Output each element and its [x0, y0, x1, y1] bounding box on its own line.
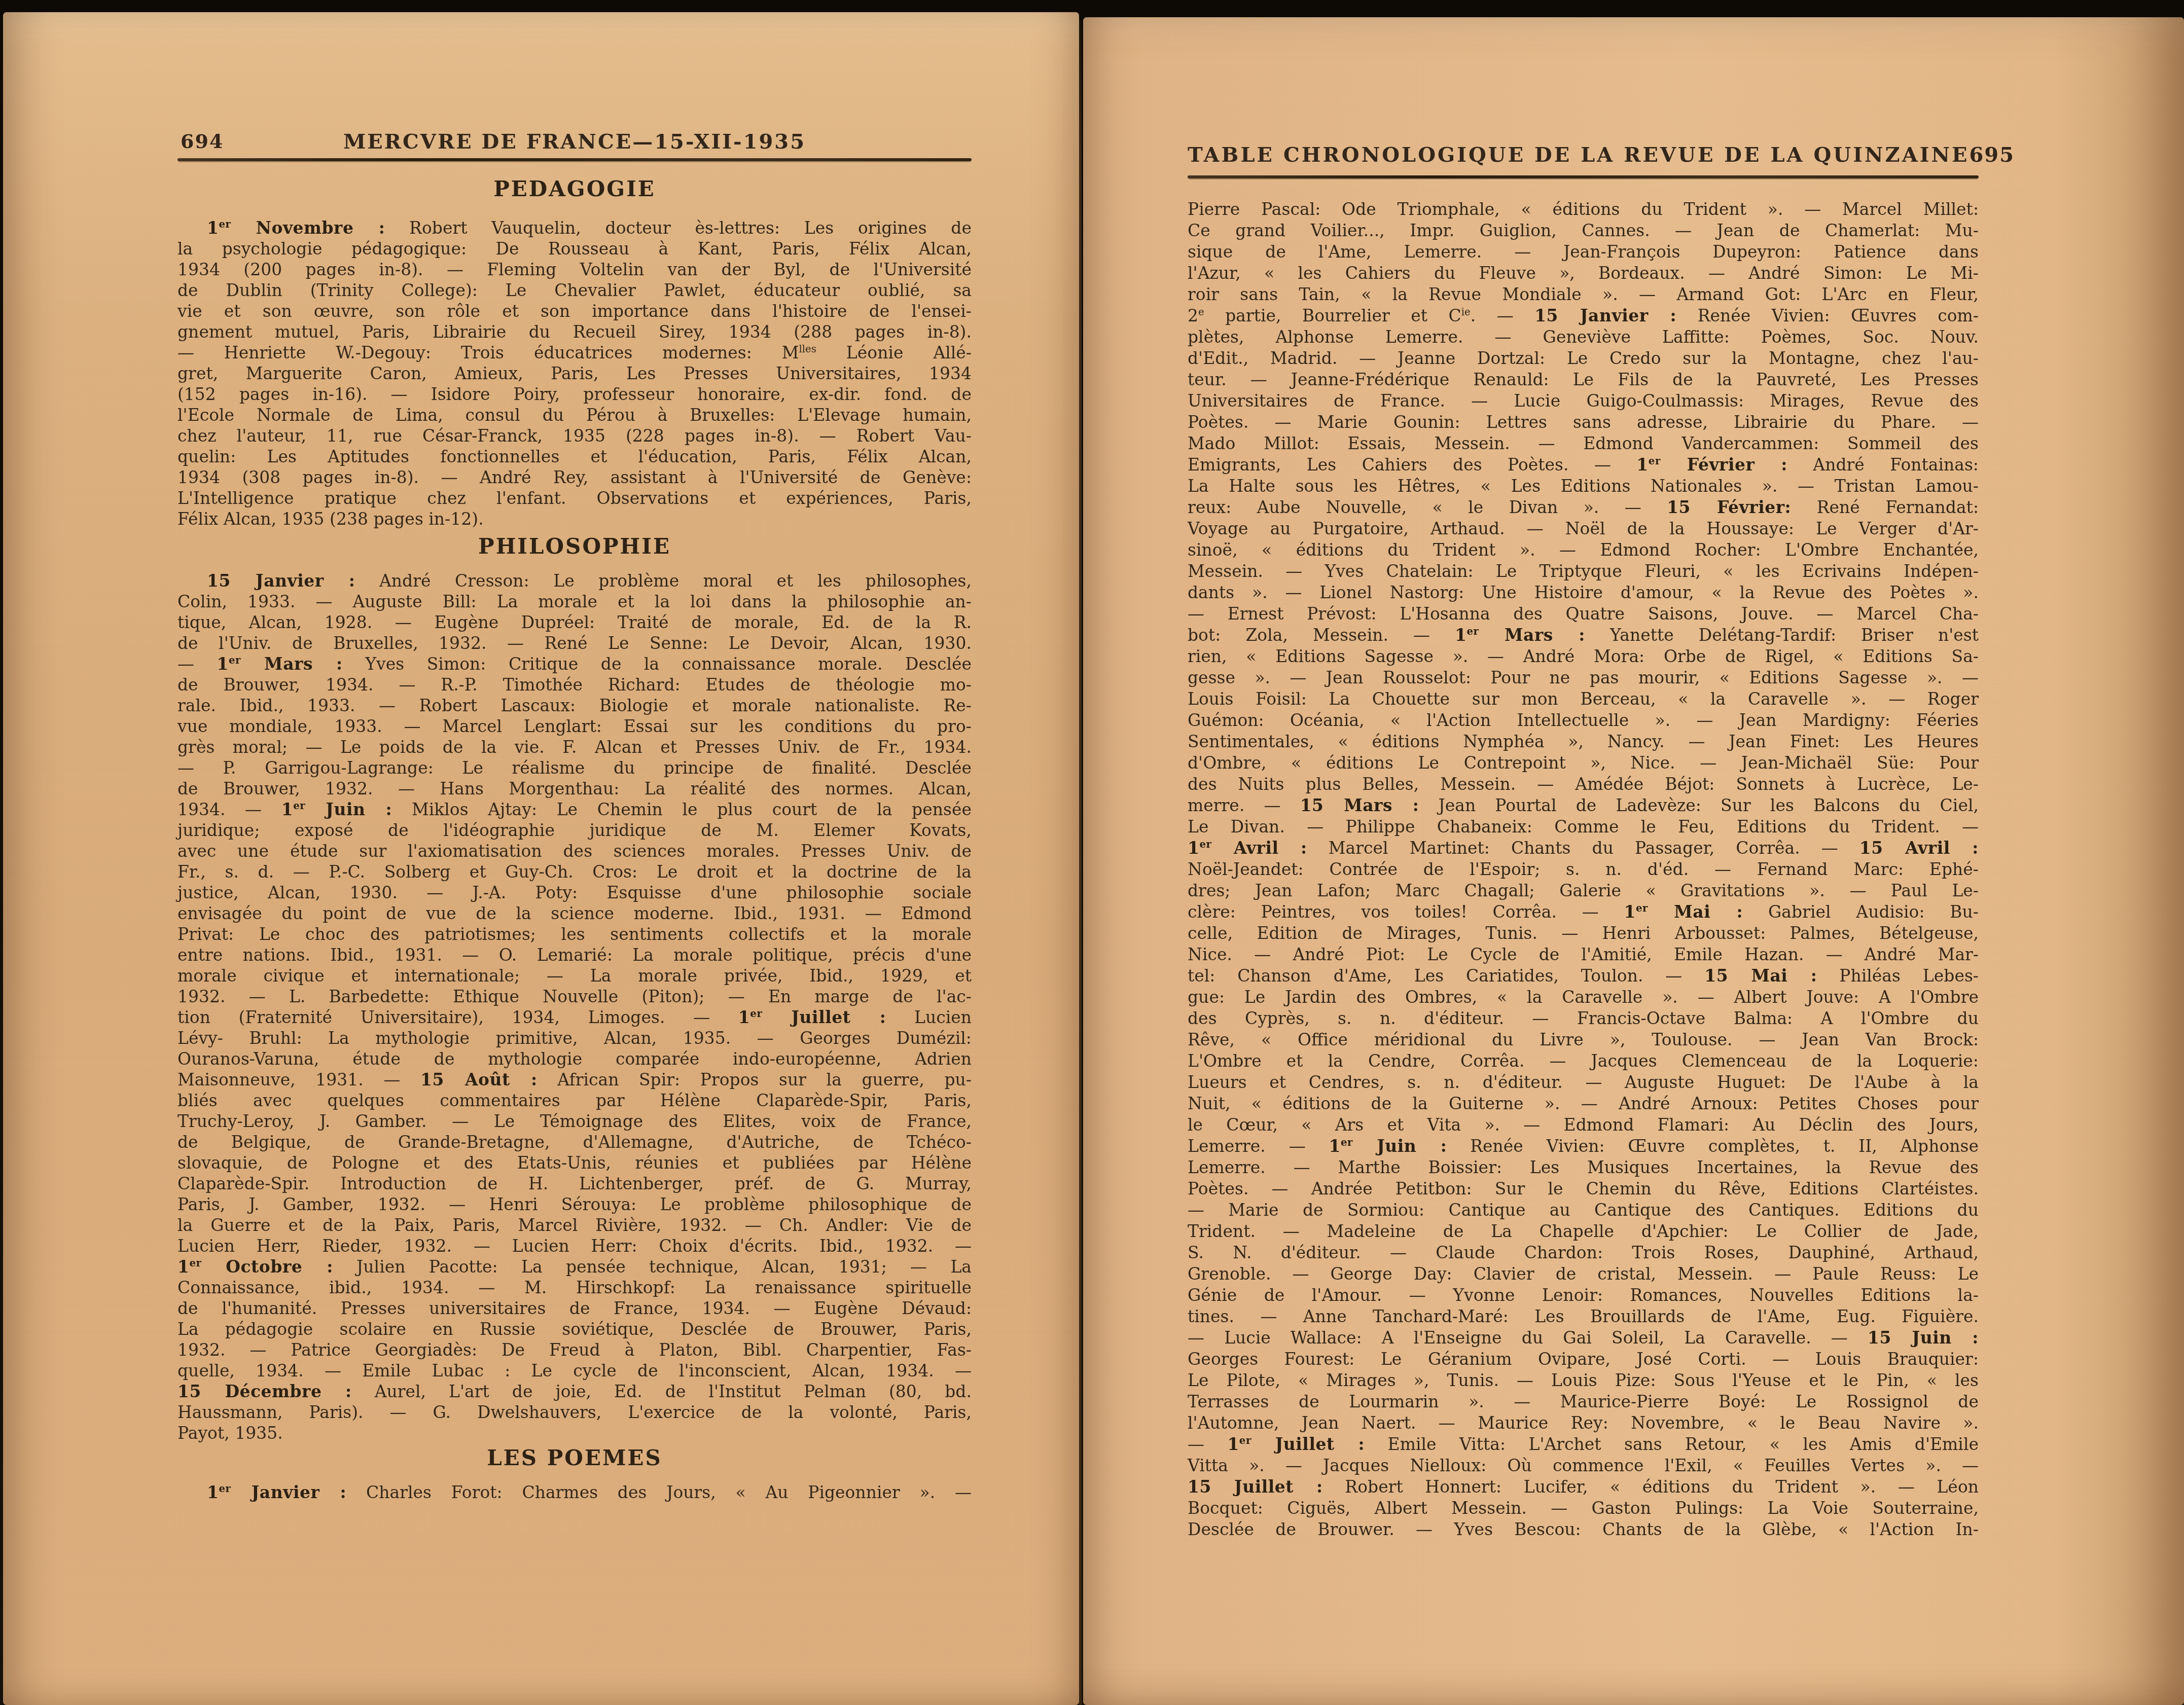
text-line: La Halte sous les Hêtres, « Les Editions… [1188, 476, 1979, 497]
text-line: (152 pages in-16). — Isidore Poiry, prof… [177, 384, 972, 405]
text-line: Lévy- Bruhl: La mythologie primitive, Al… [177, 1028, 972, 1048]
text-line: vie et son œuvre, son rôle et son import… [177, 301, 972, 321]
text-line: 1er Janvier : Charles Forot: Charmes des… [177, 1482, 972, 1503]
text-line: L'Ombre et la Cendre, Corrêa. — Jacques … [1188, 1050, 1979, 1072]
text-line: le Cœur, « Ars et Vita ». — Edmond Flama… [1188, 1114, 1979, 1136]
text-line: tel: Chanson d'Ame, Les Cariatides, Toul… [1188, 965, 1979, 987]
text-line: rien, « Editions Sagesse ». — André Mora… [1188, 646, 1979, 667]
text-line: roir sans Tain, « la Revue Mondiale ». —… [1188, 284, 1979, 305]
text-line: des Cyprès, s. n. d'éditeur. — Francis-O… [1188, 1008, 1979, 1029]
text-line: La pédagogie scolaire en Russie soviétiq… [177, 1319, 972, 1339]
paragraph-table-chronologique: Pierre Pascal: Ode Triomphale, « édition… [1188, 199, 1979, 1540]
text-line: 1932. — Patrice Georgiadès: De Freud à P… [177, 1339, 972, 1360]
section-heading-philosophie: PHILOSOPHIE [177, 534, 972, 559]
text-line: Lucien Herr, Rieder, 1932. — Lucien Herr… [177, 1236, 972, 1256]
text-line: Voyage au Purgatoire, Arthaud. — Noël de… [1188, 518, 1979, 539]
text-line: Génie de l'Amour. — Yvonne Lenoir: Roman… [1188, 1285, 1979, 1306]
text-line: Lemerre. — Marthe Boissier: Les Musiques… [1188, 1157, 1979, 1178]
text-line: — 1er Mars : Yves Simon: Critique de la … [177, 654, 972, 674]
text-line: Colin, 1933. — Auguste Bill: La morale e… [177, 591, 972, 612]
text-line: Universitaires de France. — Lucie Guigo-… [1188, 390, 1979, 412]
text-line: Paris, J. Gamber, 1932. — Henri Sérouya:… [177, 1194, 972, 1215]
text-line: entre nations. Ibid., 1931. — O. Lemarié… [177, 945, 972, 965]
book-scan: 694 MERCVRE DE FRANCE—15-XII-1935 PEDAGO… [0, 0, 2184, 1705]
text-line: Emigrants, Les Cahiers des Poètes. — 1er… [1188, 454, 1979, 476]
text-line: l'Azur, « les Cahiers du Fleuve », Borde… [1188, 263, 1979, 284]
text-line: tion (Fraternité Universitaire), 1934, L… [177, 1007, 972, 1028]
text-line: 15 Juillet : Robert Honnert: Lucifer, « … [1188, 1476, 1979, 1498]
text-line: Ouranos-Varuna, étude de mythologie comp… [177, 1048, 972, 1069]
section-heading-pedagogie: PEDAGOGIE [177, 176, 972, 201]
text-line: 1er Avril : Marcel Martinet: Chants du P… [1188, 838, 1979, 859]
text-line: rale. Ibid., 1933. — Robert Lascaux: Bio… [177, 695, 972, 716]
text-line: sinoë, « éditions du Trident ». — Edmond… [1188, 539, 1979, 561]
text-line: reux: Aube Nouvelle, « le Divan ». — 15 … [1188, 497, 1979, 518]
text-line: Poètes. — Andrée Petitbon: Sur le Chemin… [1188, 1178, 1979, 1200]
text-line: Rêve, « Office méridional du Livre », To… [1188, 1029, 1979, 1050]
book-gutter [1079, 20, 1082, 1705]
left-page-header: 694 MERCVRE DE FRANCE—15-XII-1935 [177, 130, 972, 153]
text-line: Poètes. — Marie Gounin: Lettres sans adr… [1188, 412, 1979, 433]
text-line: Sentimentales, « éditions Nymphéa », Nan… [1188, 731, 1979, 752]
text-line: Le Divan. — Philippe Chabaneix: Comme le… [1188, 816, 1979, 838]
text-line: L'Intelligence pratique chez l'enfant. O… [177, 488, 972, 509]
text-line: grès moral; — Le poids de la vie. F. Alc… [177, 737, 972, 757]
text-line: Grenoble. — George Day: Clavier de crist… [1188, 1263, 1979, 1285]
text-line: de Belgique, de Grande-Bretagne, d'Allem… [177, 1132, 972, 1152]
text-line: Félix Alcan, 1935 (238 pages in-12). [177, 509, 972, 529]
text-line: l'Automne, Jean Naert. — Maurice Rey: No… [1188, 1412, 1979, 1434]
text-line: 1934. — 1er Juin : Miklos Ajtay: Le Chem… [177, 799, 972, 820]
text-line: de Brouwer, 1934. — R.-P. Timothée Richa… [177, 674, 972, 695]
text-line: quelle, 1934. — Emile Lubac : Le cycle d… [177, 1360, 972, 1381]
text-line: 1er Octobre : Julien Pacotte: La pensée … [177, 1256, 972, 1277]
text-line: quelin: Les Aptitudes fonctionnelles et … [177, 446, 972, 467]
text-line: Haussmann, Paris). — G. Dwelshauvers, L'… [177, 1402, 972, 1423]
text-line: Fr., s. d. — P.-C. Solberg et Guy-Ch. Cr… [177, 861, 972, 882]
text-line: Messein. — Yves Chatelain: Le Triptyque … [1188, 561, 1979, 582]
text-line: clère: Peintres, vos toiles! Corrêa. — 1… [1188, 901, 1979, 923]
text-line: dres; Jean Lafon; Marc Chagall; Galerie … [1188, 880, 1979, 901]
text-line: Maisonneuve, 1931. — 15 Août : African S… [177, 1069, 972, 1090]
text-line: 1934 (200 pages in-8). — Fleming Volteli… [177, 259, 972, 280]
text-line: envisagée du point de vue de la science … [177, 903, 972, 924]
text-line: — P. Garrigou-Lagrange: Le réalisme du p… [177, 757, 972, 778]
text-line: Ce grand Voilier..., Impr. Guiglion, Can… [1188, 220, 1979, 241]
text-line: S. N. d'éditeur. — Claude Chardon: Trois… [1188, 1242, 1979, 1263]
text-line: bot: Zola, Messein. — 1er Mars : Yanette… [1188, 625, 1979, 646]
text-line: Payot, 1935. [177, 1423, 972, 1443]
text-line: de l'humanité. Presses universitaires de… [177, 1298, 972, 1319]
text-line: Desclée de Brouwer. — Yves Bescou: Chant… [1188, 1519, 1979, 1540]
header-rule-left [177, 158, 972, 161]
text-line: tique, Alcan, 1928. — Eugène Dupréel: Tr… [177, 612, 972, 633]
text-line: Bocquet: Ciguës, Albert Messein. — Gasto… [1188, 1498, 1979, 1519]
text-line: 1932. — L. Barbedette: Ethique Nouvelle … [177, 986, 972, 1007]
text-line: 15 Janvier : André Cresson: Le problème … [177, 570, 972, 591]
right-page-header: TABLE CHRONOLOGIQUE DE LA REVUE DE LA QU… [1188, 143, 1979, 166]
text-line: tines. — Anne Tanchard-Maré: Les Brouill… [1188, 1306, 1979, 1327]
text-line: teur. — Jeanne-Frédérique Renauld: Le Fi… [1188, 369, 1979, 390]
page-number-right: 695 [1970, 143, 2015, 167]
text-line: gesse ». — Jean Rousselot: Pour ne pas m… [1188, 667, 1979, 688]
text-line: la psychologie pédagogique: De Rousseau … [177, 238, 972, 259]
paragraph-philosophie: 15 Janvier : André Cresson: Le problème … [177, 570, 972, 1443]
text-line: juridique; exposé de l'idéographie jurid… [177, 820, 972, 841]
text-line: Louis Foisil: La Chouette sur mon Bercea… [1188, 688, 1979, 710]
text-line: Lueurs et Cendres, s. n. d'éditeur. — Au… [1188, 1072, 1979, 1093]
text-line: Mado Millot: Essais, Messein. — Edmond V… [1188, 433, 1979, 454]
text-line: de Dublin (Trinity College): Le Chevalie… [177, 280, 972, 301]
text-line: dants ». — Lionel Nastorg: Une Histoire … [1188, 582, 1979, 603]
text-line: justice, Alcan, 1930. — J.-A. Poty: Esqu… [177, 882, 972, 903]
text-line: Terrasses de Lourmarin ». — Maurice-Pier… [1188, 1391, 1979, 1412]
text-line: bliés avec quelques commentaires par Hél… [177, 1090, 972, 1111]
text-line: chez l'auteur, 11, rue César-Franck, 193… [177, 425, 972, 446]
text-line: Claparède-Spir. Introduction de H. Licht… [177, 1173, 972, 1194]
text-line: Nice. — André Piot: Le Cycle de l'Amitié… [1188, 944, 1979, 965]
paragraph-les-poemes: 1er Janvier : Charles Forot: Charmes des… [177, 1482, 972, 1503]
text-line: Privat: Le choc des patriotismes; les se… [177, 924, 972, 945]
text-line: gue: Le Jardin des Ombres, « la Caravell… [1188, 987, 1979, 1008]
text-line: Georges Fourest: Le Géranium Ovipare, Jo… [1188, 1349, 1979, 1370]
paragraph-pedagogie: 1er Novembre : Robert Vauquelin, docteur… [177, 217, 972, 529]
text-line: Connaissance, ibid., 1934. — M. Hirschko… [177, 1277, 972, 1298]
text-line: Truchy-Leroy, J. Gamber. — Le Témoignage… [177, 1111, 972, 1132]
text-line: — Henriette W.-Degouy: Trois éducatrices… [177, 342, 972, 363]
text-line: — 1er Juillet : Emile Vitta: L'Archet sa… [1188, 1434, 1979, 1455]
text-line: plètes, Alphonse Lemerre. — Geneviève La… [1188, 327, 1979, 348]
text-line: 2e partie, Bourrelier et Cie. — 15 Janvi… [1188, 305, 1979, 327]
text-line: Pierre Pascal: Ode Triomphale, « édition… [1188, 199, 1979, 220]
text-line: merre. — 15 Mars : Jean Pourtal de Ladev… [1188, 795, 1979, 816]
text-line: 1934 (308 pages in-8). — André Rey, assi… [177, 467, 972, 488]
text-line: d'Edit., Madrid. — Jeanne Dortzal: Le Cr… [1188, 348, 1979, 369]
text-line: gret, Marguerite Caron, Amieux, Paris, L… [177, 363, 972, 384]
text-line: l'Ecole Normale de Lima, consul du Pérou… [177, 405, 972, 425]
header-rule-right [1188, 175, 1979, 178]
text-line: Le Pilote, « Mirages », Tunis. — Louis P… [1188, 1370, 1979, 1391]
running-title-right: TABLE CHRONOLOGIQUE DE LA REVUE DE LA QU… [1188, 143, 1970, 167]
section-heading-les-poemes: LES POEMES [177, 1445, 972, 1470]
text-line: gnement mutuel, Paris, Librairie du Recu… [177, 321, 972, 342]
text-line: 1er Novembre : Robert Vauquelin, docteur… [177, 217, 972, 238]
text-line: Lemerre. — 1er Juin : Renée Vivien: Œuvr… [1188, 1136, 1979, 1157]
text-line: sique de l'Ame, Lemerre. — Jean-François… [1188, 241, 1979, 263]
text-line: de Brouwer, 1932. — Hans Morgenthau: La … [177, 778, 972, 799]
text-line: celle, Edition de Mirages, Tunis. — Henr… [1188, 923, 1979, 944]
text-line: de l'Univ. de Bruxelles, 1932. — René Le… [177, 633, 972, 654]
text-line: Noël-Jeandet: Contrée de l'Espoir; s. n.… [1188, 859, 1979, 880]
running-title-left: MERCVRE DE FRANCE—15-XII-1935 [177, 130, 972, 154]
text-line: la Guerre et de la Paix, Paris, Marcel R… [177, 1215, 972, 1236]
right-page: TABLE CHRONOLOGIQUE DE LA REVUE DE LA QU… [1083, 17, 2184, 1705]
left-page: 694 MERCVRE DE FRANCE—15-XII-1935 PEDAGO… [3, 12, 1079, 1705]
text-line: Trident. — Madeleine de La Chapelle d'Ap… [1188, 1221, 1979, 1242]
text-line: morale civique et internationale; — La m… [177, 965, 972, 986]
text-line: vue mondiale, 1933. — Marcel Lenglart: E… [177, 716, 972, 737]
text-line: — Ernest Prévost: L'Hosanna des Quatre S… [1188, 603, 1979, 625]
text-line: Vitta ». — Jacques Nielloux: Où commence… [1188, 1455, 1979, 1476]
text-line: slovaquie, de Pologne et des Etats-Unis,… [177, 1152, 972, 1173]
text-line: — Marie de Sormiou: Cantique au Cantique… [1188, 1200, 1979, 1221]
text-line: des Nuits plus Belles, Messein. — Amédée… [1188, 774, 1979, 795]
text-line: Guémon: Océania, « l'Action Intellectuel… [1188, 710, 1979, 731]
text-line: — Lucie Wallace: A l'Enseigne du Gai Sol… [1188, 1327, 1979, 1349]
text-line: Nuit, « éditions de la Guiterne ». — And… [1188, 1093, 1979, 1114]
text-line: d'Ombre, « éditions Le Contrepoint », Ni… [1188, 752, 1979, 774]
text-line: 15 Décembre : Aurel, L'art de joie, Ed. … [177, 1381, 972, 1402]
text-line: avec une étude sur l'axiomatisation des … [177, 841, 972, 861]
